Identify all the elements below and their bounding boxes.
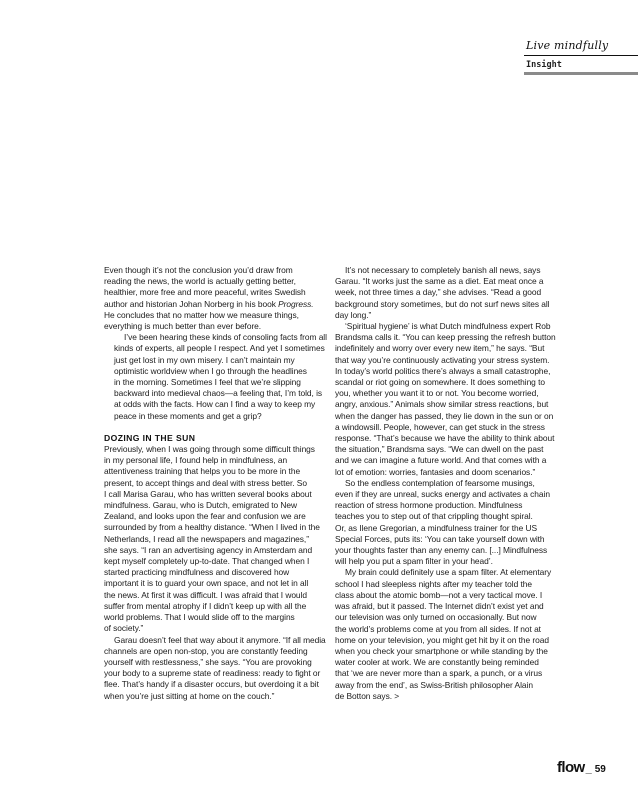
text-line: present, to accept things and deal with … xyxy=(104,478,336,489)
text-line: your body to a supreme state of readines… xyxy=(104,668,336,679)
text-line: week, not three times a day,” she advise… xyxy=(335,287,569,298)
text-line: started practicing mindfulness and disco… xyxy=(104,567,336,578)
text-line: suffer from mental atrophy if I didn’t k… xyxy=(104,601,336,612)
text-line: Or, as Ilene Gregorian, a mindfulness tr… xyxy=(335,523,569,534)
text-line: mindfulness. Garau, who is Dutch, emigra… xyxy=(104,500,336,511)
section-label: Insight xyxy=(524,58,638,72)
body-paragraph: My brain could definitely use a spam fil… xyxy=(335,567,569,701)
text-line: channels are open non-stop, you are cons… xyxy=(104,646,336,657)
text-line: the world’s problems come at you from al… xyxy=(335,624,569,635)
text-line: Previously, when I was going through som… xyxy=(104,444,336,455)
text-line: ‘Spiritual hygiene’ is what Dutch mindfu… xyxy=(335,321,569,332)
text-line: Brandsma calls it. “You can keep pressin… xyxy=(335,332,569,343)
footer-separator: _ xyxy=(586,763,592,775)
text-line: indefinitely and worry over every new it… xyxy=(335,343,569,354)
text-line: background story sometimes, but do not s… xyxy=(335,299,569,310)
body-paragraph: I’ve been hearing these kinds of consoli… xyxy=(104,332,336,422)
text-line: Special Forces, puts its: ‘You can take … xyxy=(335,534,569,545)
text-line: of society.” xyxy=(104,623,336,634)
text-line: water cooler at work. We are constantly … xyxy=(335,657,569,668)
text-line: I’ve been hearing these kinds of consoli… xyxy=(104,332,336,343)
body-paragraph: ‘Spiritual hygiene’ is what Dutch mindfu… xyxy=(335,321,569,478)
section-header: Live mindfully Insight xyxy=(524,38,638,75)
text-line: when the danger has passed, they lie dow… xyxy=(335,411,569,422)
text-line: lot of emotion: worries, fantasies and d… xyxy=(335,467,569,478)
text-line: Zealand, and looks upon the fear and con… xyxy=(104,511,336,522)
text-line: In today’s world politics there’s always… xyxy=(335,366,569,377)
text-line: that way you’re continuously activating … xyxy=(335,355,569,366)
text-line: in the morning. Sometimes I feel that we… xyxy=(104,377,336,388)
text-line: will help you put a spam filter in your … xyxy=(335,556,569,567)
text-line: at odds with the facts. How can I find a… xyxy=(104,399,336,410)
text-line: I call Marisa Garau, who has written sev… xyxy=(104,489,336,500)
text-line: the news. At first it was difficult. I w… xyxy=(104,590,336,601)
text-line: and we can imagine a future world. And t… xyxy=(335,455,569,466)
text-line: you, whether you want it to or not. You … xyxy=(335,388,569,399)
text-line: reading the news, the world is actually … xyxy=(104,276,336,287)
text-line: peace in these moments and get a grip? xyxy=(104,411,336,422)
text-line: attentiveness training that helps you to… xyxy=(104,466,336,477)
body-paragraph: Previously, when I was going through som… xyxy=(104,444,336,634)
text-line: in my personal life, I found help in min… xyxy=(104,455,336,466)
text-line: a windowsill. People, however, can get s… xyxy=(335,422,569,433)
text-line: It’s not necessary to completely banish … xyxy=(335,265,569,276)
body-paragraph: So the endless contemplation of fearsome… xyxy=(335,478,569,568)
text-line: when you’re just sitting at home on the … xyxy=(104,691,336,702)
text-line: just get lost in my own misery. I can’t … xyxy=(104,355,336,366)
text-line: Netherlands, I read all the newspapers a… xyxy=(104,534,336,545)
text-line: author and historian Johan Norberg in hi… xyxy=(104,299,336,310)
text-line: yourself with restlessness,” she says. “… xyxy=(104,657,336,668)
text-line: everything is much better than ever befo… xyxy=(104,321,336,332)
text-line: surrounded by from a healthy distance. “… xyxy=(104,522,336,533)
text-line: de Botton says. > xyxy=(335,691,569,702)
text-line: reaction of stress hormone production. M… xyxy=(335,500,569,511)
text-line: So the endless contemplation of fearsome… xyxy=(335,478,569,489)
page-number: 59 xyxy=(595,764,606,775)
text-line: school I had sleepless nights after my t… xyxy=(335,579,569,590)
text-line: important it is to guard your own space,… xyxy=(104,578,336,589)
text-line: My brain could definitely use a spam fil… xyxy=(335,567,569,578)
page-footer: flow_59 xyxy=(557,759,606,779)
text-line: day long.” xyxy=(335,310,569,321)
text-line: kinds of experts, all people I respect. … xyxy=(104,343,336,354)
text-line: healthier, more free and more peaceful, … xyxy=(104,287,336,298)
text-line: scandal or riot going on somewhere. It d… xyxy=(335,377,569,388)
text-line: Garau. “It works just the same as a diet… xyxy=(335,276,569,287)
body-paragraph: Garau doesn’t feel that way about it any… xyxy=(104,635,336,702)
text-line: Garau doesn’t feel that way about it any… xyxy=(104,635,336,646)
text-line: class about the atomic bomb—not a very t… xyxy=(335,590,569,601)
text-fragment: author and historian Johan Norberg in hi… xyxy=(104,299,278,309)
text-line: teaches you to step out of that cripplin… xyxy=(335,511,569,522)
body-paragraph: It’s not necessary to completely banish … xyxy=(335,265,569,321)
text-line: that ‘we are never more than a spark, a … xyxy=(335,668,569,679)
text-line: home on your television, you might get h… xyxy=(335,635,569,646)
text-line: your thoughts faster than any enemy can.… xyxy=(335,545,569,556)
section-script-title: Live mindfully xyxy=(524,38,638,54)
text-line: kept myself completely up-to-date. That … xyxy=(104,556,336,567)
article-column-right: It’s not necessary to completely banish … xyxy=(335,265,569,702)
intro-paragraph: Even though it’s not the conclusion you’… xyxy=(104,265,336,332)
text-line: she says. “I ran an advertising agency i… xyxy=(104,545,336,556)
book-title: Progress. xyxy=(278,299,313,309)
text-line: optimistic worldview when I go through t… xyxy=(104,366,336,377)
brand-logo: flow xyxy=(557,759,585,776)
text-line: flee. That’s handy if a disaster occurs,… xyxy=(104,679,336,690)
text-line: the situation,” Brandsma says. “We can d… xyxy=(335,444,569,455)
text-line: was afraid, but it passed. The Internet … xyxy=(335,601,569,612)
text-line: response. “That’s because we have the ab… xyxy=(335,433,569,444)
text-line: when you check your smartphone or while … xyxy=(335,646,569,657)
text-line: away from the end’, as Swiss-British phi… xyxy=(335,680,569,691)
text-line: backward into medieval chaos—a feeling t… xyxy=(104,388,336,399)
header-rule-grey xyxy=(524,72,638,75)
text-line: He concludes that no matter how we measu… xyxy=(104,310,336,321)
text-line: our television was only turned on occasi… xyxy=(335,612,569,623)
text-line: angry, anxious.” Animals show similar st… xyxy=(335,399,569,410)
header-rule-black xyxy=(524,55,638,56)
text-line: even if they are unreal, sucks energy an… xyxy=(335,489,569,500)
text-line: world problems. That I would slide off t… xyxy=(104,612,336,623)
subheading: DOZING IN THE SUN xyxy=(104,433,336,444)
text-line: Even though it’s not the conclusion you’… xyxy=(104,265,336,276)
article-column-left: Even though it’s not the conclusion you’… xyxy=(104,265,336,702)
